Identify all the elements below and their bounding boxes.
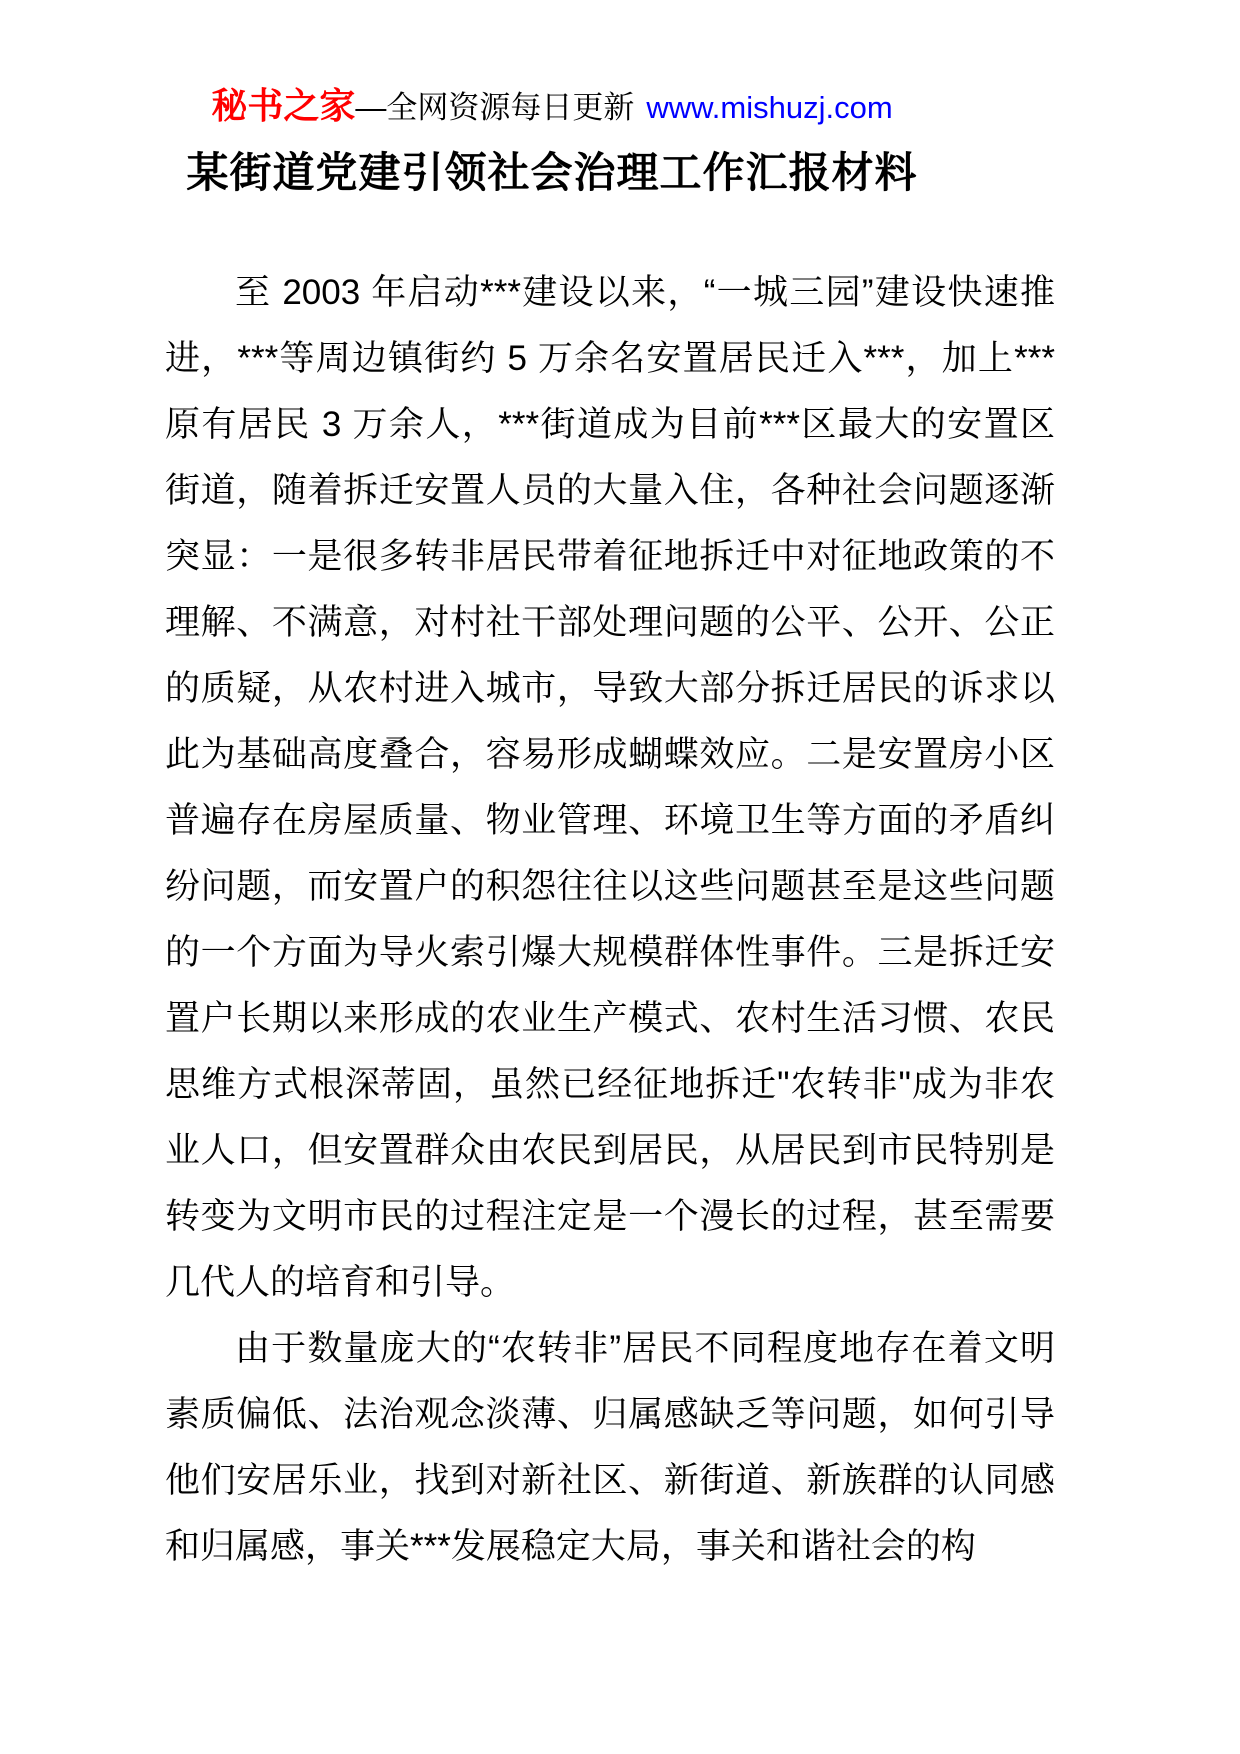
site-url-link[interactable]: www.mishuzj.com xyxy=(646,90,892,125)
document-title: 某街道党建引领社会治理工作汇报材料 xyxy=(107,142,997,204)
paragraph-1: 至 2003 年启动***建设以来，“一城三园”建设快速推进，***等周边镇街约… xyxy=(165,260,1055,1316)
paragraph-2: 由于数量庞大的“农转非”居民不同程度地存在着文明素质偏低、法治观念淡薄、归属感缺… xyxy=(165,1316,1055,1580)
brand-text: 秘书之家 xyxy=(211,85,355,126)
document-body: 至 2003 年启动***建设以来，“一城三园”建设快速推进，***等周边镇街约… xyxy=(165,260,1055,1580)
header-separator: — xyxy=(355,90,386,125)
site-header: 秘书之家—全网资源每日更新www.mishuzj.com xyxy=(107,84,997,130)
document-page: 秘书之家—全网资源每日更新www.mishuzj.com 某街道党建引领社会治理… xyxy=(0,0,1240,1754)
header-tagline: 全网资源每日更新 xyxy=(386,90,634,125)
